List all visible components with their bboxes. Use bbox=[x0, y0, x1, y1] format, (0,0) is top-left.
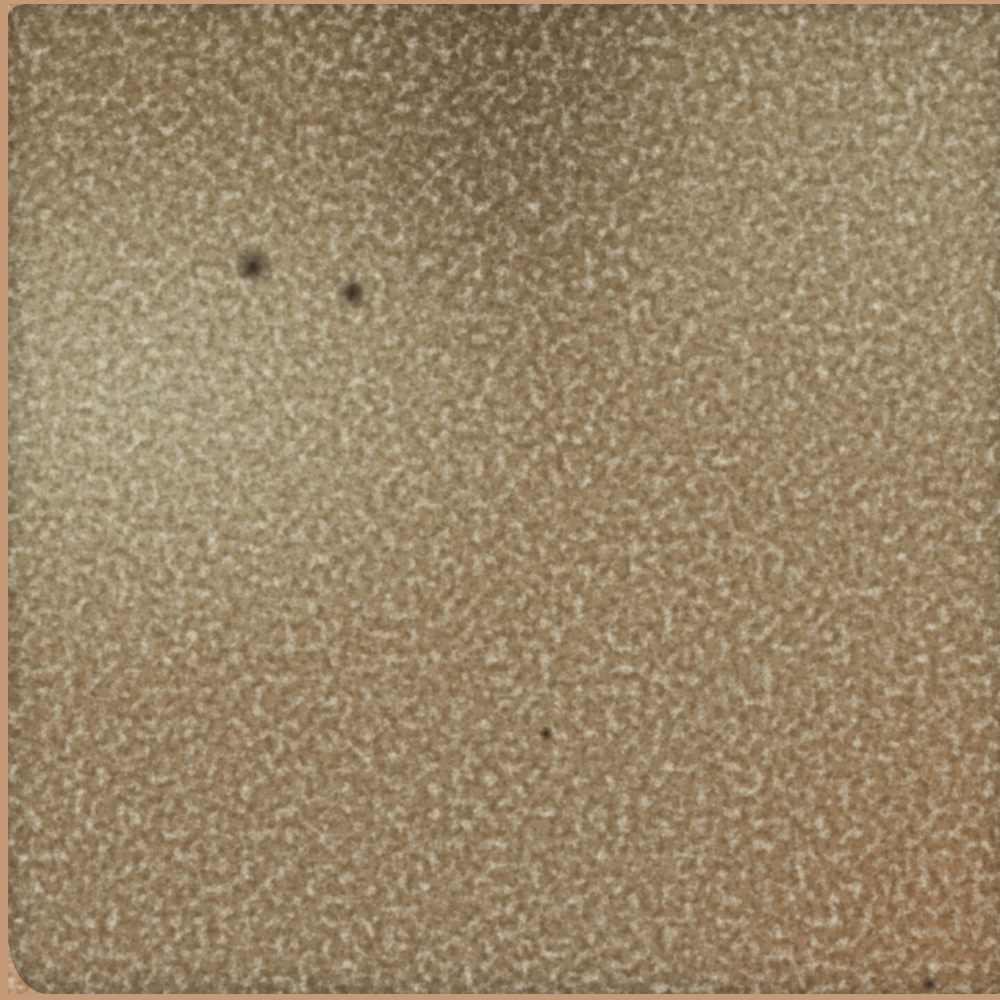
texture-canvas bbox=[0, 0, 1000, 1000]
dark-grain-texture bbox=[8, 4, 1000, 994]
dark-spot bbox=[920, 976, 940, 992]
stone-tile-surface bbox=[8, 4, 1000, 994]
dark-spot bbox=[335, 276, 369, 310]
dark-spot bbox=[233, 246, 273, 286]
dark-spot bbox=[538, 726, 554, 742]
